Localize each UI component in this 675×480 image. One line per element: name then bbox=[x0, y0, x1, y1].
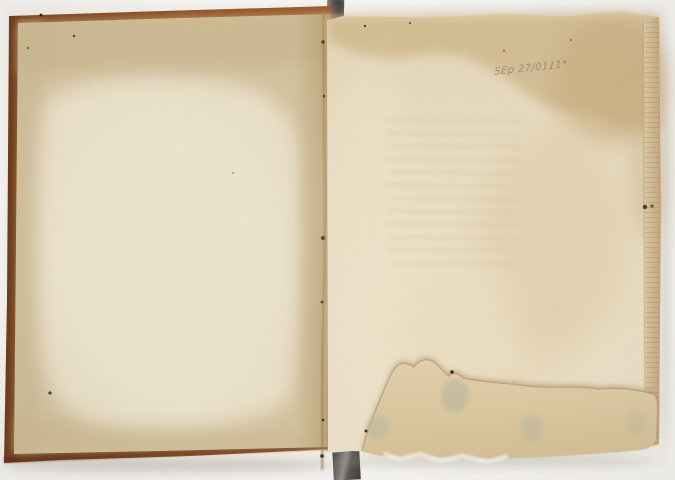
grain-overlay bbox=[4, 4, 668, 466]
photo-backdrop: SEp 27/0111* bbox=[0, 0, 675, 480]
book-photo bbox=[0, 0, 675, 480]
